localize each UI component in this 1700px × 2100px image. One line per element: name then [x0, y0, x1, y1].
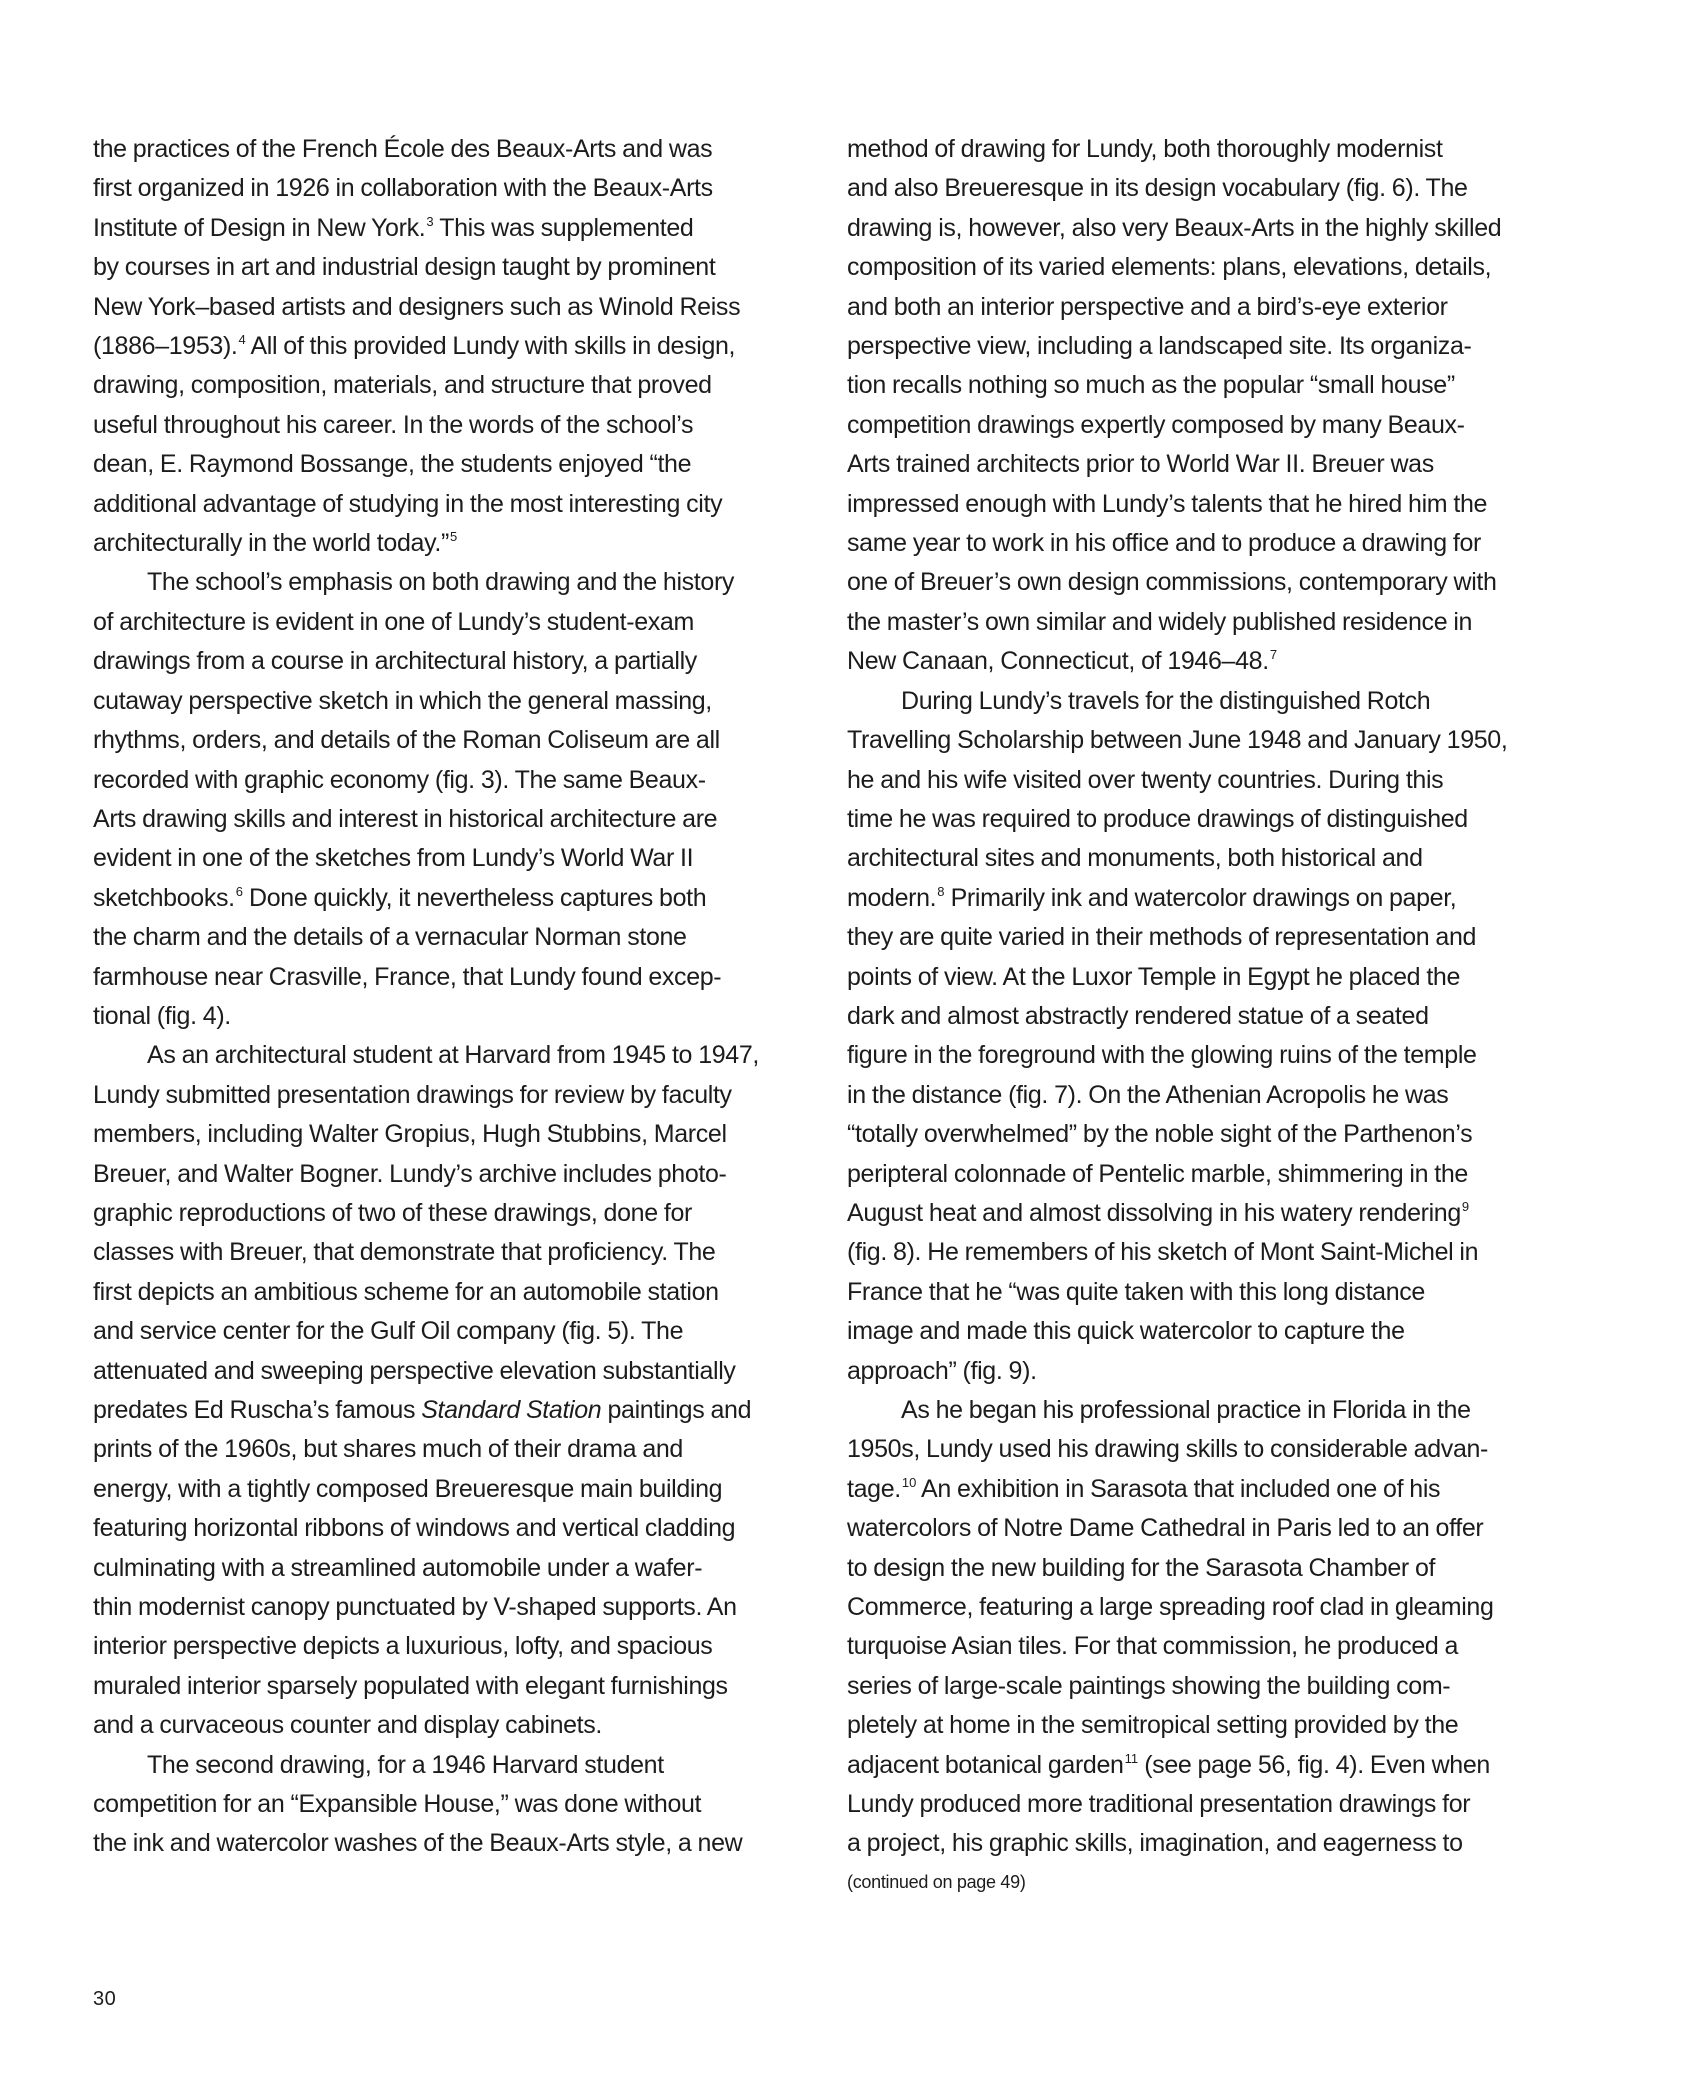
text-run: turquoise Asian tiles. For that commissi… [847, 1632, 1458, 1660]
text-run: This was supplemented [434, 214, 694, 242]
footnote-reference: 6 [236, 884, 243, 899]
text-line: (fig. 8). He remembers of his sketch of … [847, 1233, 1557, 1272]
text-line: the ink and watercolor washes of the Bea… [93, 1824, 803, 1863]
text-run: method of drawing for Lundy, both thorou… [847, 135, 1443, 163]
footnote-reference: 9 [1462, 1199, 1469, 1214]
text-run: and also Breueresque in its design vocab… [847, 174, 1468, 202]
text-line: August heat and almost dissolving in his… [847, 1194, 1557, 1233]
text-run: recorded with graphic economy (fig. 3). … [93, 766, 706, 794]
text-line: architecturally in the world today.”5 [93, 524, 803, 563]
text-run: the master’s own similar and widely publ… [847, 608, 1472, 636]
text-run: the charm and the details of a vernacula… [93, 923, 687, 951]
text-run: “totally overwhelmed” by the noble sight… [847, 1120, 1472, 1148]
text-run: evident in one of the sketches from Lund… [93, 844, 693, 872]
text-line: same year to work in his office and to p… [847, 524, 1557, 563]
continued-note: (continued on page 49) [847, 1866, 1557, 1898]
text-run: Travelling Scholarship between June 1948… [847, 726, 1507, 754]
text-line: of architecture is evident in one of Lun… [93, 603, 803, 642]
text-run: a project, his graphic skills, imaginati… [847, 1829, 1463, 1857]
text-run: New York–based artists and designers suc… [93, 293, 740, 321]
text-line: image and made this quick watercolor to … [847, 1312, 1557, 1351]
text-line: farmhouse near Crasville, France, that L… [93, 958, 803, 997]
text-line: dark and almost abstractly rendered stat… [847, 997, 1557, 1036]
text-run: culminating with a streamlined automobil… [93, 1554, 702, 1582]
text-line: Lundy produced more traditional presenta… [847, 1785, 1557, 1824]
footnote-reference: 11 [1125, 1751, 1139, 1766]
text-line: culminating with a streamlined automobil… [93, 1549, 803, 1588]
text-line: in the distance (fig. 7). On the Athenia… [847, 1076, 1557, 1115]
right-text-column: method of drawing for Lundy, both thorou… [847, 130, 1557, 1898]
text-run: Commerce, featuring a large spreading ro… [847, 1593, 1494, 1621]
text-run: featuring horizontal ribbons of windows … [93, 1514, 735, 1542]
text-run: rhythms, orders, and details of the Roma… [93, 726, 720, 754]
text-line: approach” (fig. 9). [847, 1352, 1557, 1391]
text-line: rhythms, orders, and details of the Roma… [93, 721, 803, 760]
text-line: The school’s emphasis on both drawing an… [93, 563, 803, 602]
text-run: (see page 56, fig. 4). Even when [1138, 1751, 1490, 1779]
text-run: muraled interior sparsely populated with… [93, 1672, 728, 1700]
left-text-column: the practices of the French École des Be… [93, 130, 803, 1864]
text-run: classes with Breuer, that demonstrate th… [93, 1238, 715, 1266]
text-line: additional advantage of studying in the … [93, 485, 803, 524]
text-run: perspective view, including a landscaped… [847, 332, 1471, 360]
page-number: 30 [93, 1988, 116, 2011]
text-run: Lundy produced more traditional presenta… [847, 1790, 1470, 1818]
text-run: architectural sites and monuments, both … [847, 844, 1423, 872]
text-line: thin modernist canopy punctuated by V-sh… [93, 1588, 803, 1627]
text-line: graphic reproductions of two of these dr… [93, 1194, 803, 1233]
text-line: The second drawing, for a 1946 Harvard s… [93, 1746, 803, 1785]
text-line: interior perspective depicts a luxurious… [93, 1627, 803, 1666]
text-run: same year to work in his office and to p… [847, 529, 1481, 557]
footnote-reference: 3 [426, 214, 433, 229]
text-line: drawing is, however, also very Beaux-Art… [847, 209, 1557, 248]
text-line: figure in the foreground with the glowin… [847, 1036, 1557, 1075]
text-run: tional (fig. 4). [93, 1002, 231, 1030]
text-line: As an architectural student at Harvard f… [93, 1036, 803, 1075]
text-run: he and his wife visited over twenty coun… [847, 766, 1443, 794]
text-line: classes with Breuer, that demonstrate th… [93, 1233, 803, 1272]
text-run: Arts trained architects prior to World W… [847, 450, 1434, 478]
text-run: Breuer, and Walter Bogner. Lundy’s archi… [93, 1160, 727, 1188]
text-line: Arts trained architects prior to World W… [847, 445, 1557, 484]
text-line: first depicts an ambitious scheme for an… [93, 1273, 803, 1312]
text-line: tage.10 An exhibition in Sarasota that i… [847, 1470, 1557, 1509]
text-run: architecturally in the world today.” [93, 529, 449, 557]
text-run: France that he “was quite taken with thi… [847, 1278, 1425, 1306]
text-run: image and made this quick watercolor to … [847, 1317, 1405, 1345]
text-line: one of Breuer’s own design commissions, … [847, 563, 1557, 602]
text-run: by courses in art and industrial design … [93, 253, 715, 281]
document-page: the practices of the French École des Be… [0, 0, 1700, 2100]
text-run: Done quickly, it nevertheless captures b… [243, 884, 706, 912]
text-run: graphic reproductions of two of these dr… [93, 1199, 692, 1227]
text-run: tage. [847, 1475, 901, 1503]
text-line: drawings from a course in architectural … [93, 642, 803, 681]
text-run: of architecture is evident in one of Lun… [93, 608, 694, 636]
text-line: drawing, composition, materials, and str… [93, 366, 803, 405]
text-line: attenuated and sweeping perspective elev… [93, 1352, 803, 1391]
text-line: a project, his graphic skills, imaginati… [847, 1824, 1557, 1863]
text-run: predates Ed Ruscha’s famous [93, 1396, 421, 1424]
text-run: modern. [847, 884, 936, 912]
text-run: members, including Walter Gropius, Hugh … [93, 1120, 727, 1148]
text-line: “totally overwhelmed” by the noble sight… [847, 1115, 1557, 1154]
text-run: During Lundy’s travels for the distingui… [901, 687, 1430, 715]
text-run: one of Breuer’s own design commissions, … [847, 568, 1497, 596]
text-line: the charm and the details of a vernacula… [93, 918, 803, 957]
footnote-reference: 5 [450, 529, 457, 544]
text-line: the practices of the French École des Be… [93, 130, 803, 169]
text-line: modern.8 Primarily ink and watercolor dr… [847, 879, 1557, 918]
text-line: energy, with a tightly composed Breueres… [93, 1470, 803, 1509]
text-run: they are quite varied in their methods o… [847, 923, 1476, 951]
text-run: approach” (fig. 9). [847, 1357, 1037, 1385]
text-line: time he was required to produce drawings… [847, 800, 1557, 839]
text-line: peripteral colonnade of Pentelic marble,… [847, 1155, 1557, 1194]
text-run: first organized in 1926 in collaboration… [93, 174, 713, 202]
text-line: architectural sites and monuments, both … [847, 839, 1557, 878]
text-line: method of drawing for Lundy, both thorou… [847, 130, 1557, 169]
text-run: drawing, composition, materials, and str… [93, 371, 712, 399]
text-line: series of large-scale paintings showing … [847, 1667, 1557, 1706]
text-run: 1950s, Lundy used his drawing skills to … [847, 1435, 1488, 1463]
text-run: points of view. At the Luxor Temple in E… [847, 963, 1460, 991]
text-run: As he began his professional practice in… [901, 1396, 1471, 1424]
text-run: competition for an “Expansible House,” w… [93, 1790, 701, 1818]
text-run: farmhouse near Crasville, France, that L… [93, 963, 721, 991]
text-line: impressed enough with Lundy’s talents th… [847, 485, 1557, 524]
text-run: Primarily ink and watercolor drawings on… [945, 884, 1457, 912]
text-run: to design the new building for the Saras… [847, 1554, 1435, 1582]
text-line: Travelling Scholarship between June 1948… [847, 721, 1557, 760]
text-run: impressed enough with Lundy’s talents th… [847, 490, 1487, 518]
text-line: tional (fig. 4). [93, 997, 803, 1036]
text-run: and service center for the Gulf Oil comp… [93, 1317, 683, 1345]
text-line: he and his wife visited over twenty coun… [847, 761, 1557, 800]
text-line: first organized in 1926 in collaboration… [93, 169, 803, 208]
text-line: composition of its varied elements: plan… [847, 248, 1557, 287]
text-line: France that he “was quite taken with thi… [847, 1273, 1557, 1312]
text-run: drawing is, however, also very Beaux-Art… [847, 214, 1501, 242]
text-run: in the distance (fig. 7). On the Athenia… [847, 1081, 1448, 1109]
text-run: dark and almost abstractly rendered stat… [847, 1002, 1429, 1030]
footnote-reference: 4 [239, 332, 246, 347]
text-run: Lundy submitted presentation drawings fo… [93, 1081, 732, 1109]
text-line: New Canaan, Connecticut, of 1946–48.7 [847, 642, 1557, 681]
text-line: muraled interior sparsely populated with… [93, 1667, 803, 1706]
text-run: tion recalls nothing so much as the popu… [847, 371, 1455, 399]
text-line: 1950s, Lundy used his drawing skills to … [847, 1430, 1557, 1469]
text-run: interior perspective depicts a luxurious… [93, 1632, 712, 1660]
text-line: and also Breueresque in its design vocab… [847, 169, 1557, 208]
text-run: An exhibition in Sarasota that included … [916, 1475, 1440, 1503]
text-run: cutaway perspective sketch in which the … [93, 687, 712, 715]
footnote-reference: 8 [937, 884, 944, 899]
text-line: and service center for the Gulf Oil comp… [93, 1312, 803, 1351]
text-run: thin modernist canopy punctuated by V-sh… [93, 1593, 737, 1621]
text-run: (fig. 8). He remembers of his sketch of … [847, 1238, 1478, 1266]
text-line: Arts drawing skills and interest in hist… [93, 800, 803, 839]
italic-title: Standard Station [421, 1396, 601, 1424]
text-run: All of this provided Lundy with skills i… [246, 332, 735, 360]
text-run: figure in the foreground with the glowin… [847, 1041, 1477, 1069]
text-run: (1886–1953). [93, 332, 238, 360]
text-run: drawings from a course in architectural … [93, 647, 697, 675]
text-line: recorded with graphic economy (fig. 3). … [93, 761, 803, 800]
text-line: predates Ed Ruscha’s famous Standard Sta… [93, 1391, 803, 1430]
text-run: and both an interior perspective and a b… [847, 293, 1448, 321]
text-line: Breuer, and Walter Bogner. Lundy’s archi… [93, 1155, 803, 1194]
text-line: competition for an “Expansible House,” w… [93, 1785, 803, 1824]
text-run: useful throughout his career. In the wor… [93, 411, 693, 439]
text-line: As he began his professional practice in… [847, 1391, 1557, 1430]
text-run: Institute of Design in New York. [93, 214, 425, 242]
text-run: and a curvaceous counter and display cab… [93, 1711, 602, 1739]
text-line: (1886–1953).4 All of this provided Lundy… [93, 327, 803, 366]
text-line: members, including Walter Gropius, Hugh … [93, 1115, 803, 1154]
text-run: attenuated and sweeping perspective elev… [93, 1357, 736, 1385]
text-line: Commerce, featuring a large spreading ro… [847, 1588, 1557, 1627]
text-line: dean, E. Raymond Bossange, the students … [93, 445, 803, 484]
text-line: watercolors of Notre Dame Cathedral in P… [847, 1509, 1557, 1548]
text-run: watercolors of Notre Dame Cathedral in P… [847, 1514, 1483, 1542]
text-line: Lundy submitted presentation drawings fo… [93, 1076, 803, 1115]
text-line: useful throughout his career. In the wor… [93, 406, 803, 445]
text-run: New Canaan, Connecticut, of 1946–48. [847, 647, 1269, 675]
text-line: to design the new building for the Saras… [847, 1549, 1557, 1588]
text-run: energy, with a tightly composed Breueres… [93, 1475, 722, 1503]
text-run: time he was required to produce drawings… [847, 805, 1468, 833]
text-run: first depicts an ambitious scheme for an… [93, 1278, 719, 1306]
text-run: The second drawing, for a 1946 Harvard s… [147, 1751, 664, 1779]
text-line: competition drawings expertly composed b… [847, 406, 1557, 445]
text-run: As an architectural student at Harvard f… [147, 1041, 759, 1069]
text-line: evident in one of the sketches from Lund… [93, 839, 803, 878]
text-run: August heat and almost dissolving in his… [847, 1199, 1461, 1227]
text-run: The school’s emphasis on both drawing an… [147, 568, 734, 596]
text-run: prints of the 1960s, but shares much of … [93, 1435, 683, 1463]
text-line: by courses in art and industrial design … [93, 248, 803, 287]
text-run: additional advantage of studying in the … [93, 490, 722, 518]
text-line: New York–based artists and designers suc… [93, 288, 803, 327]
footnote-reference: 7 [1270, 647, 1277, 662]
text-run: series of large-scale paintings showing … [847, 1672, 1450, 1700]
text-run: adjacent botanical garden [847, 1751, 1124, 1779]
text-run: sketchbooks. [93, 884, 235, 912]
text-line: Institute of Design in New York.3 This w… [93, 209, 803, 248]
text-run: dean, E. Raymond Bossange, the students … [93, 450, 691, 478]
text-line: they are quite varied in their methods o… [847, 918, 1557, 957]
text-line: turquoise Asian tiles. For that commissi… [847, 1627, 1557, 1666]
footnote-reference: 10 [902, 1475, 916, 1490]
text-line: featuring horizontal ribbons of windows … [93, 1509, 803, 1548]
text-line: points of view. At the Luxor Temple in E… [847, 958, 1557, 997]
text-line: tion recalls nothing so much as the popu… [847, 366, 1557, 405]
text-run: pletely at home in the semitropical sett… [847, 1711, 1458, 1739]
text-line: pletely at home in the semitropical sett… [847, 1706, 1557, 1745]
text-run: Arts drawing skills and interest in hist… [93, 805, 717, 833]
text-run: composition of its varied elements: plan… [847, 253, 1491, 281]
text-run: competition drawings expertly composed b… [847, 411, 1465, 439]
text-line: sketchbooks.6 Done quickly, it neverthel… [93, 879, 803, 918]
text-line: During Lundy’s travels for the distingui… [847, 682, 1557, 721]
text-line: perspective view, including a landscaped… [847, 327, 1557, 366]
text-line: and a curvaceous counter and display cab… [93, 1706, 803, 1745]
text-run: the ink and watercolor washes of the Bea… [93, 1829, 742, 1857]
text-line: cutaway perspective sketch in which the … [93, 682, 803, 721]
text-run: peripteral colonnade of Pentelic marble,… [847, 1160, 1468, 1188]
text-line: and both an interior perspective and a b… [847, 288, 1557, 327]
text-run: the practices of the French École des Be… [93, 135, 712, 163]
text-line: adjacent botanical garden11 (see page 56… [847, 1746, 1557, 1785]
text-run: paintings and [601, 1396, 751, 1424]
text-line: prints of the 1960s, but shares much of … [93, 1430, 803, 1469]
text-line: the master’s own similar and widely publ… [847, 603, 1557, 642]
